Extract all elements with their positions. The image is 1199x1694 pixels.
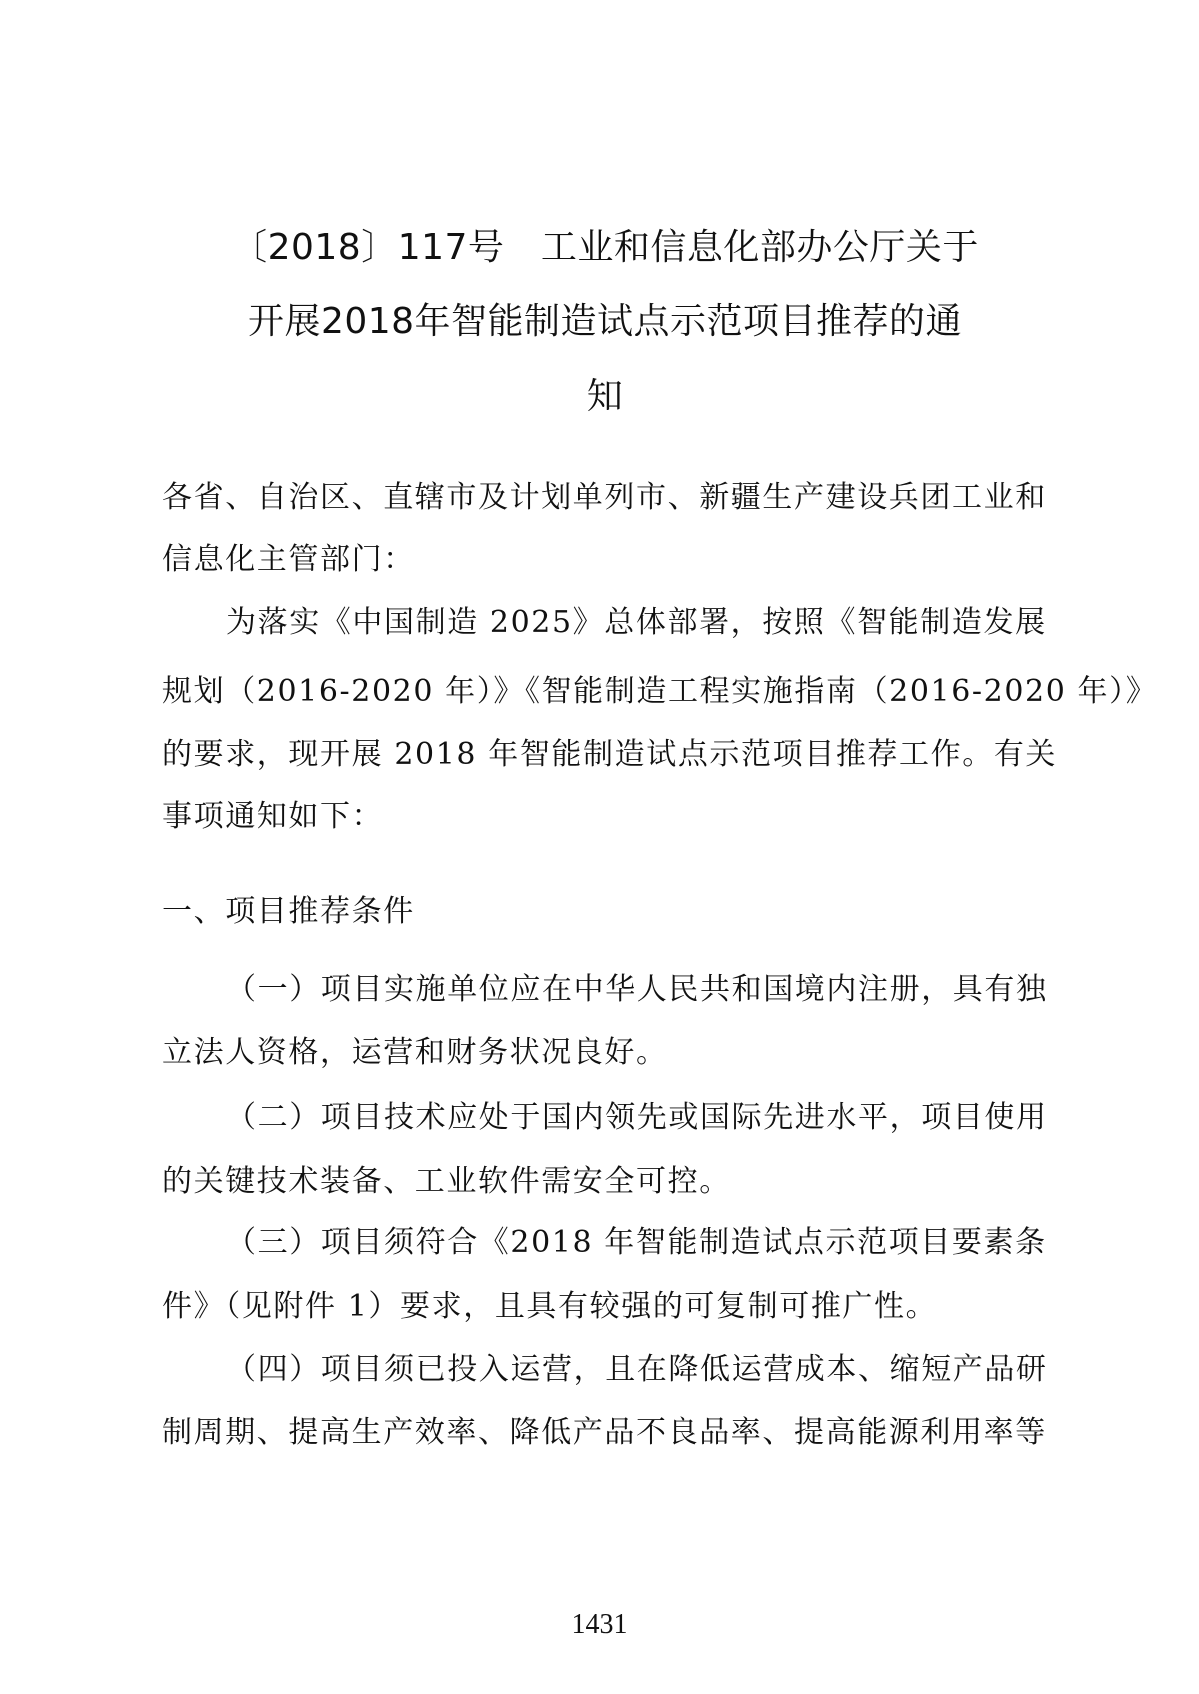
document-title-line-2: 开展2018年智能制造试点示范项目推荐的通	[150, 300, 1060, 344]
item-4-line-2: 制周期、提高生产效率、降低产品不良品率、提高能源利用率等	[162, 1413, 1062, 1453]
salutation-line-1: 各省、自治区、直辖市及计划单列市、新疆生产建设兵团工业和	[162, 478, 1062, 518]
item-1-line-2: 立法人资格，运营和财务状况良好。	[162, 1033, 1062, 1073]
intro-line-4: 事项通知如下：	[162, 797, 1062, 837]
intro-line-3: 的要求，现开展 2018 年智能制造试点示范项目推荐工作。有关	[162, 735, 1062, 775]
page-number: 1431	[0, 1608, 1199, 1642]
document-title-line-1: 〔2018〕117号 工业和信息化部办公厅关于	[150, 226, 1060, 270]
intro-line-1: 为落实《中国制造 2025》总体部署，按照《智能制造发展	[162, 603, 1126, 643]
item-3-line-2: 件》（见附件 1）要求，且具有较强的可复制可推广性。	[162, 1287, 1062, 1327]
item-4-line-1: （四）项目须已投入运营，且在降低运营成本、缩短产品研	[162, 1350, 1126, 1390]
document-page: 〔2018〕117号 工业和信息化部办公厅关于 开展2018年智能制造试点示范项…	[0, 0, 1199, 1694]
intro-line-2: 规划（2016-2020 年）》《智能制造工程实施指南（2016-2020 年）…	[162, 672, 1062, 712]
document-title-line-3: 知	[150, 375, 1060, 419]
section-heading: 一、项目推荐条件	[162, 892, 1062, 932]
item-2-line-1: （二）项目技术应处于国内领先或国际先进水平，项目使用	[162, 1098, 1126, 1138]
item-1-line-1: （一）项目实施单位应在中华人民共和国境内注册，具有独	[162, 970, 1126, 1010]
item-3-line-1: （三）项目须符合《2018 年智能制造试点示范项目要素条	[162, 1223, 1126, 1263]
salutation-line-2: 信息化主管部门：	[162, 540, 1062, 580]
item-2-line-2: 的关键技术装备、工业软件需安全可控。	[162, 1162, 1062, 1202]
